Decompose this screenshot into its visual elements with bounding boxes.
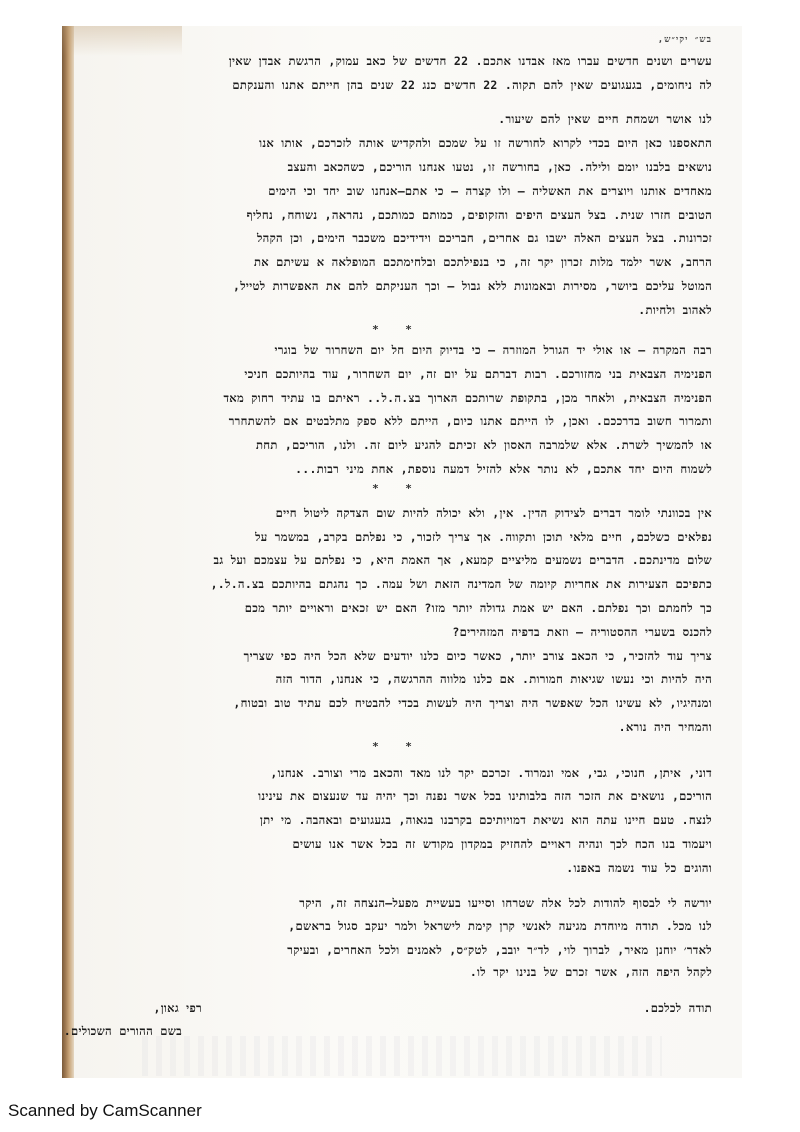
text-line: לקהל היפה הזה, אשר זכרם של בנינו יקר לו. [470,965,712,979]
text-line: לאהוב ולחיות. [638,303,712,317]
scanner-watermark: Scanned by CamScanner [8,1101,202,1121]
text-line: והוגים כל עוד נשמה באפנו. [566,861,712,875]
text-line: הפנימיה הצבאית, ולאחר מכן, בתקופת שרותכם… [223,391,712,405]
page-stain [62,26,182,56]
bleed-through-marks [142,1036,662,1076]
text-line: יורשה לי לבסוף להודות לכל אלה שטרחו וסיי… [299,896,712,910]
signature-name: רפי גאון, [153,1001,202,1015]
text-line: לאדר׳ יוחנן מאיר, לברוך לוי, לד״ר יובב, … [287,943,712,957]
text-line: להכנס בשערי ההסטוריה – וזאת בדפיה המזהיר… [452,625,712,639]
text-line: התאספנו כאן היום בכדי לקרוא לחורשה זו על… [259,136,712,150]
text-line: והמחיר היה נורא. [619,720,712,734]
text-line: כתפיכם הצעירות את אחריות קיומה של המדינה… [211,577,712,591]
text-line: כך לחמתם וכך נפלתם. האם יש אמת גדולה יות… [245,601,712,615]
text-line: עשרים ושנים חדשים עברו מאז אבדנו אתכם. 2… [229,54,712,68]
text-line: הפנימיה הצבאית בני מחזורכם. רבות דברתם ע… [244,367,712,381]
text-line: או להמשיך לשרת. אלא שלמרבה האסון לא זכית… [256,438,712,452]
signature-title: בשם ההורים השכולים. [64,1024,182,1038]
text-line: מאחדים אותנו ויוצרים את האשליה – ולו קצר… [268,184,712,198]
section-separator: * * [82,323,712,336]
text-line: רבה המקרה – או אולי יד הגורל המוזרה – כי… [275,343,712,357]
text-line: צריך עוד להזכיר, כי הכאב צורב יותר, כאשר… [244,649,712,663]
section-separator: * * [82,482,712,495]
text-line: הרחב, אשר ילמד מלות זכרון יקר זה, כי בנפ… [254,255,712,269]
text-line: שלום מדינתכם. הדברים נשמעים מליציים קמעא… [214,553,712,567]
text-line: אין בכוונתי לומר דברים לצידוק הדין. אין,… [276,506,712,520]
text-line: לנו אושר ושמחת חיים שאין להם שיעור. [498,112,712,126]
text-line: הטובים חזרו שנית. בצל העצים היפים והזקופ… [247,208,712,222]
text-line: הוריכם, נושאים את הזכר הזה בלבותינו בכל … [258,789,712,803]
text-line: לשמוח היום יחד אתכם, לא נותר אלא להזיל ד… [295,462,712,476]
header-mark: בש״ יקי״ש, [658,34,712,45]
text-line: נושאים בלבנו יומם ולילה. כאן, בחורשה זו,… [288,160,712,174]
binding-spine-shadow [62,26,74,1078]
text-line: לנו מכל. תודה מיוחדת מגיעה לאנשי קרן קימ… [288,919,712,933]
text-line: נפלאים כשלכם, חיים מלאי תוכן ותקווה. אך … [255,530,712,544]
section-separator: * * [82,740,712,753]
text-line: לנצח. טעם חיינו עתה הוא נשיאת דמויותיכם … [260,813,712,827]
scanned-page: בש״ יקי״ש, עשרים ושנים חדשים עברו מאז אב… [62,26,742,1078]
text-line: המוטל עליכם ביושר, מסירות ובאמונות ללא ג… [233,279,712,293]
text-line: זכרונות. בצל העצים האלה ישבו גם אחרים, ח… [257,231,712,245]
text-line: לה ניחומים, בגעגועים שאין להם תקוה. 22 ח… [232,78,712,92]
text-line: ותמרור חשוב בדרככם. ואכן, לו הייתם אתנו … [229,414,712,428]
text-line: דוני, איתן, חנוכי, גבי, אמי ונמרוד. זכרכ… [270,766,712,780]
closing-thanks: תודה לכלכם. [644,1001,712,1015]
text-line: היה להיות וכי נעשו שגיאות חמורות. אם כלנ… [276,672,712,686]
text-line: ויעמוד בנו הכח לכך ונהיה ראויים להחזיק ב… [293,837,712,851]
text-line: ומנהיגיו, לא עשינו הכל שאפשר היה וצריך ה… [233,696,712,710]
